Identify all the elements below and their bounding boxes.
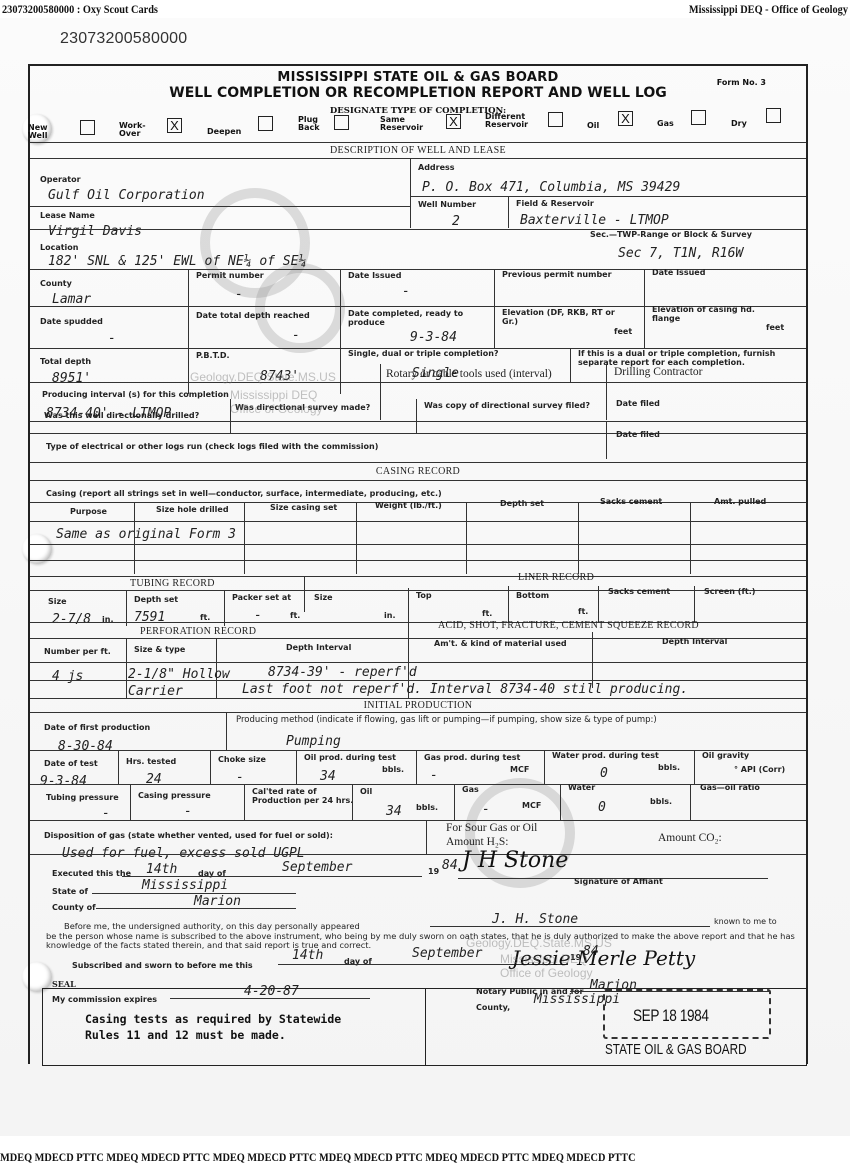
designate-type-label: DESIGNATE TYPE OF COMPLETION: xyxy=(30,106,806,116)
affiant-signature: J H Stone xyxy=(462,848,568,873)
checkbox-new-well[interactable] xyxy=(80,120,95,135)
oil-during-test-value: 34 xyxy=(320,769,336,784)
watermark-text: Geology.DEQ.State.MS.US xyxy=(190,370,336,384)
casing-col-weight: Weight (lb./ft.) xyxy=(375,502,442,511)
received-stamp: SEP 18 1984 STATE OIL & GAS BOARD xyxy=(603,989,778,1063)
casing-pressure-label: Casing pressure xyxy=(138,792,211,801)
checkbox-oil[interactable]: X xyxy=(618,111,633,126)
pbtd-label: P.B.T.D. xyxy=(196,352,230,361)
casing-tests-note-line2: Rules 11 and 12 must be made. xyxy=(85,1027,341,1043)
gas-during-test-value: - xyxy=(430,768,438,783)
watermark-text: Mississippi DEQ xyxy=(500,952,587,966)
date-spudded-label: Date spudded xyxy=(40,318,103,327)
sworn-day-of-label: day of xyxy=(344,958,372,967)
tubing-pressure-label: Tubing pressure xyxy=(46,794,119,803)
tubing-size-label: Size xyxy=(48,598,67,607)
form-title-agency: MISSISSIPPI STATE OIL & GAS BOARD xyxy=(30,70,806,85)
tubing-size-value: 2-7/8 xyxy=(52,612,91,627)
previous-date-issued-label: Date Issued xyxy=(652,269,705,278)
lease-name-value: Virgil Davis xyxy=(48,224,142,239)
acid-record-title: ACID, SHOT, FRACTURE, CEMENT SQUEEZE REC… xyxy=(438,620,699,631)
initial-production-title: INITIAL PRODUCTION xyxy=(30,700,806,711)
perf-depth-interval-value: 8734-39' - reperf'd xyxy=(268,665,417,680)
water-during-test-label: Water prod. during test xyxy=(552,752,659,761)
county-label: County xyxy=(40,280,72,289)
date-filed-2-label: Date filed xyxy=(616,431,660,440)
date-issued-label: Date Issued xyxy=(348,272,401,281)
rotary-tools-label: Rotary or cable tools used (interval) xyxy=(386,368,552,381)
watermark-text: Geology.DEQ.State.MS.US xyxy=(466,936,612,950)
casing-col-size-hole: Size hole drilled xyxy=(156,506,229,515)
casing-tests-note-line1: Casing tests as required by Statewide xyxy=(85,1011,341,1027)
county-of-value: Marion xyxy=(194,894,241,909)
producing-interval-label: Producing interval (s) for this completi… xyxy=(42,391,229,400)
tubing-size-unit: in. xyxy=(102,616,113,625)
date-completed-label: Date completed, ready to produce xyxy=(348,310,488,328)
form-number: Form No. 3 xyxy=(717,78,766,87)
casing-instruction: Casing (report all strings set in well—c… xyxy=(46,490,442,499)
permit-number-label: Permit number xyxy=(196,272,264,281)
directionally-drilled-label: Was this well directionally drilled? xyxy=(44,412,199,421)
footer-divider xyxy=(425,989,426,1065)
executed-year-value: 84 xyxy=(442,858,458,873)
previous-permit-label: Previous permit number xyxy=(502,271,612,280)
location-label: Location xyxy=(40,244,79,253)
date-completed-value: 9-3-84 xyxy=(410,330,457,345)
total-depth-label: Total depth xyxy=(40,358,91,367)
address-label: Address xyxy=(418,164,455,173)
sec-twp-range-label: Sec.—TWP-Range or Block & Survey xyxy=(590,231,752,240)
tubing-record-title: TUBING RECORD xyxy=(130,578,215,589)
oil-during-test-label: Oil prod. during test xyxy=(304,754,396,763)
checkbox-label-oil: Oil xyxy=(587,122,599,130)
bottom-strip-text: MDEQ MDECD PTTC MDEQ MDECD PTTC MDEQ MDE… xyxy=(0,1150,636,1165)
elevation-label: Elevation (DF, RKB, RT or Gr.) xyxy=(502,309,622,327)
liner-sacks-cement-label: Sacks cement xyxy=(608,588,670,597)
water-24-label: Water xyxy=(568,784,595,793)
watermark-text: Office of Geology xyxy=(500,966,593,980)
county-of-label: County of xyxy=(52,904,96,913)
received-stamp-board: STATE OIL & GAS BOARD xyxy=(605,1041,747,1058)
agency-title: Mississippi DEQ - Office of Geology xyxy=(689,2,848,17)
gas-during-test-label: Gas prod. during test xyxy=(424,754,520,763)
perf-col-size-type: Size & type xyxy=(134,646,185,655)
casing-col-purpose: Purpose xyxy=(70,508,107,517)
subscribed-label: Subscribed and sworn to before me this xyxy=(72,962,253,971)
logs-run-label: Type of electrical or other logs run (ch… xyxy=(46,443,378,452)
gas-24-unit: MCF xyxy=(522,802,541,811)
scanned-document: 23073200580000 MISSISSIPPI STATE OIL & G… xyxy=(0,18,850,1136)
packer-set-label: Packer set at xyxy=(232,594,291,603)
casing-col-sacks-cement: Sacks cement xyxy=(600,498,662,507)
oil-gravity-unit: ° API (Corr) xyxy=(734,766,785,775)
oil-during-test-unit: bbls. xyxy=(382,766,404,775)
field-reservoir-label: Field & Reservoir xyxy=(516,200,594,209)
operator-value: Gulf Oil Corporation xyxy=(48,188,205,203)
water-24-unit: bbls. xyxy=(650,798,672,807)
executed-month-value: September xyxy=(282,860,352,875)
form-title: WELL COMPLETION OR RECOMPLETION REPORT A… xyxy=(30,85,806,101)
perf-col-number-per-ft: Number per ft. xyxy=(44,648,111,657)
appeared-name-value: J. H. Stone xyxy=(492,912,578,927)
disposition-label: Disposition of gas (state whether vented… xyxy=(44,832,333,841)
date-spudded-value: - xyxy=(108,331,116,346)
sec-twp-range-value: Sec 7, T1N, R16W xyxy=(618,246,743,261)
signature-affiant-label: Signature of Affiant xyxy=(574,878,663,887)
choke-size-value: - xyxy=(236,770,244,785)
calc-rate-label: Cal'ted rate of Production per 24 hrs. xyxy=(252,788,362,806)
well-number-label: Well Number xyxy=(418,201,476,210)
date-of-test-value: 9-3-84 xyxy=(40,774,87,789)
year-prefix: 19 xyxy=(428,868,439,877)
dual-completion-note: If this is a dual or triple completion, … xyxy=(578,350,778,368)
casing-pressure-value: - xyxy=(184,804,192,819)
co2-label: Amount CO₂: xyxy=(658,832,722,845)
tubing-pressure-value: - xyxy=(102,806,110,821)
perf-number-per-ft-value: 4 js xyxy=(52,669,83,684)
liner-size-label: Size xyxy=(314,594,333,603)
water-24-value: 0 xyxy=(598,800,606,815)
section-description: DESCRIPTION OF WELL AND LEASE xyxy=(30,145,806,156)
field-reservoir-value: Baxterville - LTMOP xyxy=(520,213,669,228)
checkbox-label-plug-back: Plug Back xyxy=(298,116,328,132)
well-number-value: 2 xyxy=(452,214,460,229)
total-depth-value: 8951' xyxy=(52,371,91,386)
liner-bottom-unit: ft. xyxy=(578,608,588,617)
checkbox-same-reservoir[interactable]: X xyxy=(446,114,461,129)
liner-bottom-label: Bottom xyxy=(516,592,549,601)
liner-screen-label: Screen (ft.) xyxy=(704,588,755,597)
date-first-production-value: 8-30-84 xyxy=(58,739,113,754)
known-label: known to me to xyxy=(714,918,777,927)
packer-set-unit: ft. xyxy=(290,612,300,621)
casing-record-title: CASING RECORD xyxy=(30,466,806,477)
liner-top-label: Top xyxy=(416,592,432,601)
producing-method-label: Producing method (indicate if flowing, g… xyxy=(236,716,657,725)
footer-box: Casing tests as required by Statewide Ru… xyxy=(42,988,807,1066)
oath-text-1: Before me, the undersigned authority, on… xyxy=(64,922,360,931)
gas-24-label: Gas xyxy=(462,786,479,795)
completion-kind-label: Single, dual or triple completion? xyxy=(348,350,499,359)
casing-col-size-casing: Size casing set xyxy=(270,504,337,513)
acid-col-depth-interval: Depth Interval xyxy=(662,638,727,647)
elevation-casing-unit: feet xyxy=(766,324,784,333)
gas-oil-ratio-label: Gas—oil ratio xyxy=(700,784,760,793)
checkbox-dry[interactable] xyxy=(766,108,781,123)
gas-during-test-unit: MCF xyxy=(510,766,529,775)
checkbox-label-new-well: New Well xyxy=(28,124,50,140)
casing-tests-note: Casing tests as required by Statewide Ru… xyxy=(85,1011,341,1043)
date-total-depth-label: Date total depth reached xyxy=(196,312,310,321)
perf-col-depth-interval: Depth Interval xyxy=(286,644,351,653)
survey-copy-filed-label: Was copy of directional survey filed? xyxy=(424,402,594,411)
date-first-production-label: Date of first production xyxy=(44,724,150,733)
executed-day-value: 14th xyxy=(146,862,177,877)
sour-gas-label: For Sour Gas or Oil xyxy=(446,822,537,835)
location-value: 182' SNL & 125' EWL of NE¼ of SE¼ xyxy=(48,254,306,269)
water-during-test-value: 0 xyxy=(600,766,608,781)
acid-col-material: Am't. & kind of material used xyxy=(434,640,567,649)
checkbox-label-dry: Dry xyxy=(731,120,747,128)
date-total-depth-value: - xyxy=(292,328,300,343)
choke-size-label: Choke size xyxy=(218,756,266,765)
liner-record-title: LINER RECORD xyxy=(518,572,594,583)
checkbox-gas[interactable] xyxy=(691,110,706,125)
date-filed-1-label: Date filed xyxy=(616,400,660,409)
casing-row-purpose: Same as original Form 3 xyxy=(56,527,236,542)
operator-label: Operator xyxy=(40,176,81,185)
watermark-text: Mississippi DEQ xyxy=(230,388,317,402)
h2s-label: Amount H₂S: xyxy=(446,836,508,849)
casing-col-depth-set: Depth set xyxy=(500,500,544,509)
drilling-contractor-label: Drilling Contractor xyxy=(614,366,702,379)
page-header: 23073200580000 : Oxy Scout Cards Mississ… xyxy=(0,0,850,18)
well-completion-form: MISSISSIPPI STATE OIL & GAS BOARD WELL C… xyxy=(28,64,808,1064)
oil-24-value: 34 xyxy=(386,804,402,819)
checkbox-plug-back[interactable] xyxy=(334,115,349,130)
oil-gravity-label: Oil gravity xyxy=(702,752,749,761)
producing-method-value: Pumping xyxy=(286,734,341,749)
liner-top-unit: ft. xyxy=(482,610,492,619)
bottom-strip: MDEQ MDECD PTTC MDEQ MDECD PTTC MDEQ MDE… xyxy=(0,1150,850,1168)
perforation-record-title: PERFORATION RECORD xyxy=(140,626,256,637)
county-value: Lamar xyxy=(52,292,91,307)
water-during-test-unit: bbls. xyxy=(658,764,680,773)
checkbox-different-reservoir[interactable] xyxy=(548,112,563,127)
packer-set-value: - xyxy=(254,608,262,623)
state-label: State of xyxy=(52,888,88,897)
checkbox-deepen[interactable] xyxy=(258,116,273,131)
elevation-casing-label: Elevation of casing hd. flange xyxy=(652,306,762,324)
checkbox-work-over[interactable]: X xyxy=(167,118,182,133)
executed-label: Executed this the xyxy=(52,870,131,879)
perf-note: Last foot not reperf'd. Interval 8734-40… xyxy=(242,682,688,697)
perf-size-type-value-2: Carrier xyxy=(128,684,183,699)
date-of-test-label: Date of test xyxy=(44,760,98,769)
state-value: Mississippi xyxy=(142,878,228,893)
elevation-unit: feet xyxy=(614,328,632,337)
watermark-text: Office of Geology xyxy=(230,402,323,416)
sworn-day-value: 14th xyxy=(292,948,323,963)
lease-name-label: Lease Name xyxy=(40,212,95,221)
permit-number-value: - xyxy=(235,287,243,302)
tubing-depth-label: Depth set xyxy=(134,596,178,605)
checkbox-label-gas: Gas xyxy=(657,120,674,128)
date-issued-value: - xyxy=(402,284,410,299)
oil-24-label: Oil xyxy=(360,788,372,797)
gas-24-value: - xyxy=(482,802,490,817)
document-id-title: 23073200580000 : Oxy Scout Cards xyxy=(2,2,158,17)
received-stamp-date: SEP 18 1984 xyxy=(633,1006,709,1026)
checkbox-label-same-reservoir: Same Reservoir xyxy=(380,116,430,132)
oil-24-unit: bbls. xyxy=(416,804,438,813)
checkbox-label-work-over: Work-Over xyxy=(119,122,159,138)
checkbox-label-deepen: Deepen xyxy=(207,128,241,136)
checkbox-label-different-reservoir: Different Reservoir xyxy=(485,113,540,129)
address-value: P. O. Box 471, Columbia, MS 39429 xyxy=(422,180,680,195)
hrs-tested-label: Hrs. tested xyxy=(126,758,176,767)
liner-size-unit: in. xyxy=(384,612,395,621)
api-number-stamp: 23073200580000 xyxy=(60,30,187,48)
casing-col-amt-pulled: Amt. pulled xyxy=(714,498,766,507)
